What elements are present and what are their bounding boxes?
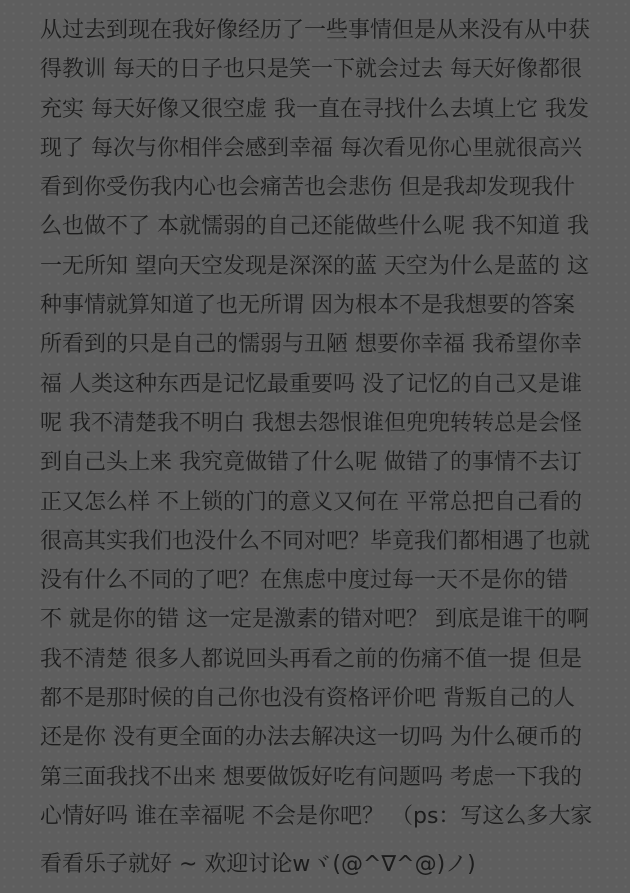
text-line: 呢 我不清楚我不明白 我想去怨恨谁但兜兜转转总是会怪 (40, 404, 600, 443)
text-line-postscript: 看看乐子就好 ~ 欢迎讨论wヾ(@^∇^@)ノ) (40, 845, 600, 884)
text-line: 现了 每次与你相伴会感到幸福 每次看见你心里就很高兴 (40, 129, 600, 168)
text-line: 我不清楚 很多人都说回头再看之前的伤痛不值一提 但是 (40, 640, 600, 679)
text-line: 很高其实我们也没什么不同对吧？毕竟我们都相遇了也就 (40, 522, 600, 561)
text-line: 到自己头上来 我究竟做错了什么呢 做错了的事情不去订 (40, 443, 600, 482)
text-line: 看到你受伤我内心也会痛苦也会悲伤 但是我却发现我什 (40, 168, 600, 207)
text-line: 心情好吗 谁在幸福呢 不会是你吧？ （ps：写这么多大家 (40, 797, 600, 836)
text-line: 么也做不了 本就懦弱的自己还能做些什么呢 我不知道 我 (40, 207, 600, 246)
text-line: 没有什么不同的了吧？在焦虑中度过每一天不是你的错 (40, 561, 600, 600)
text-line: 都不是那时候的自己你也没有资格评价吧 背叛自己的人 (40, 679, 600, 718)
text-line: 从过去到现在我好像经历了一些事情但是从来没有从中获 (40, 11, 600, 50)
document-body: 从过去到现在我好像经历了一些事情但是从来没有从中获 得教训 每天的日子也只是笑一… (40, 11, 600, 885)
text-line: 种事情就算知道了也无所谓 因为根本不是我想要的答案 (40, 286, 600, 325)
text-line: 还是你 没有更全面的办法去解决这一切吗 为什么硬币的 (40, 718, 600, 757)
text-line: 不 就是你的错 这一定是激素的错对吧？ 到底是谁干的啊 (40, 600, 600, 639)
text-line: 第三面我找不出来 想要做饭好吃有问题吗 考虑一下我的 (40, 758, 600, 797)
text-line: 得教训 每天的日子也只是笑一下就会过去 每天好像都很 (40, 50, 600, 89)
text-line: 充实 每天好像又很空虚 我一直在寻找什么去填上它 我发 (40, 90, 600, 129)
text-line: 正又怎么样 不上锁的门的意义又何在 平常总把自己看的 (40, 483, 600, 522)
text-line: 福 人类这种东西是记忆最重要吗 没了记忆的自己又是谁 (40, 365, 600, 404)
text-line: 所看到的只是自己的懦弱与丑陋 想要你幸福 我希望你幸 (40, 325, 600, 364)
text-line: 一无所知 望向天空发现是深深的蓝 天空为什么是蓝的 这 (40, 247, 600, 286)
